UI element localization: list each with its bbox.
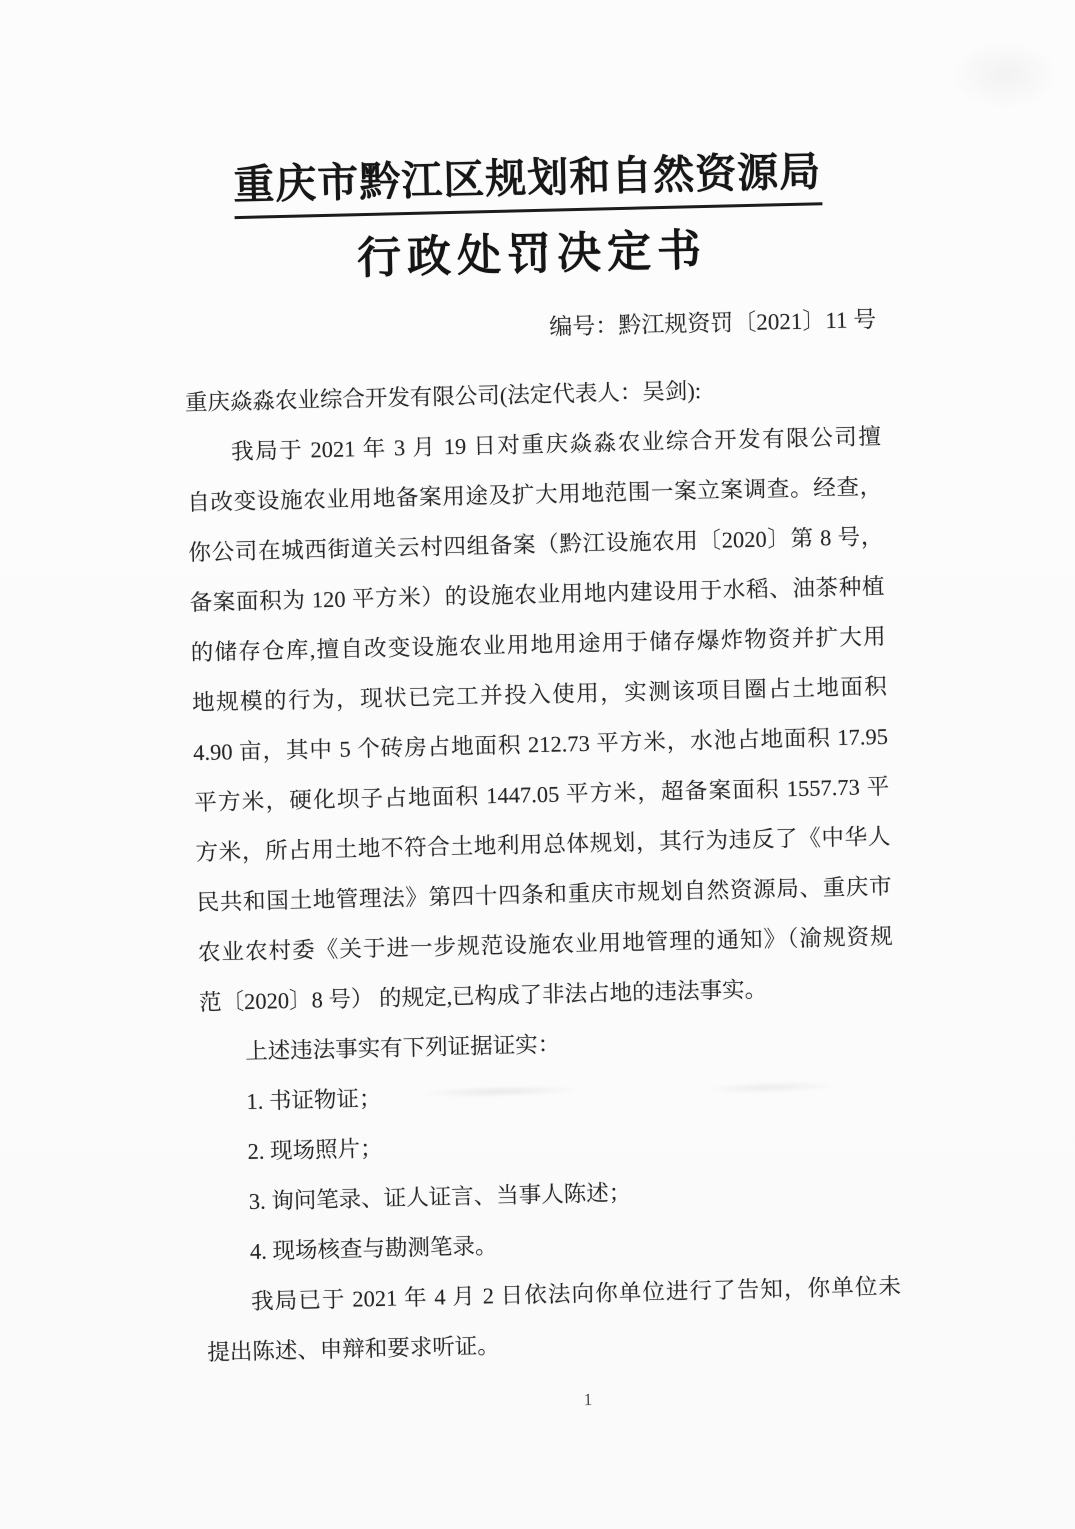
document-body: 重庆焱淼农业综合开发有限公司(法定代表人：吴剑): 我局于 2021 年 3 月… bbox=[184, 362, 902, 1378]
document-content: 重庆市黔江区规划和自然资源局 行政处罚决定书 编号：黔江规资罚〔2021〕11 … bbox=[179, 142, 904, 1424]
scanned-document-page: 重庆市黔江区规划和自然资源局 行政处罚决定书 编号：黔江规资罚〔2021〕11 … bbox=[0, 0, 1075, 1529]
document-authority: 重庆市黔江区规划和自然资源局 bbox=[233, 143, 822, 219]
document-number-label: 编号： bbox=[549, 313, 619, 340]
document-authority-heading: 重庆市黔江区规划和自然资源局 bbox=[179, 142, 875, 220]
scan-smudge bbox=[950, 40, 1060, 110]
document-number-value: 黔江规资罚〔2021〕11 号 bbox=[618, 307, 876, 338]
page-number: 1 bbox=[208, 1378, 904, 1424]
document-title: 行政处罚决定书 bbox=[181, 218, 877, 292]
document-number-line: 编号：黔江规资罚〔2021〕11 号 bbox=[183, 300, 879, 356]
